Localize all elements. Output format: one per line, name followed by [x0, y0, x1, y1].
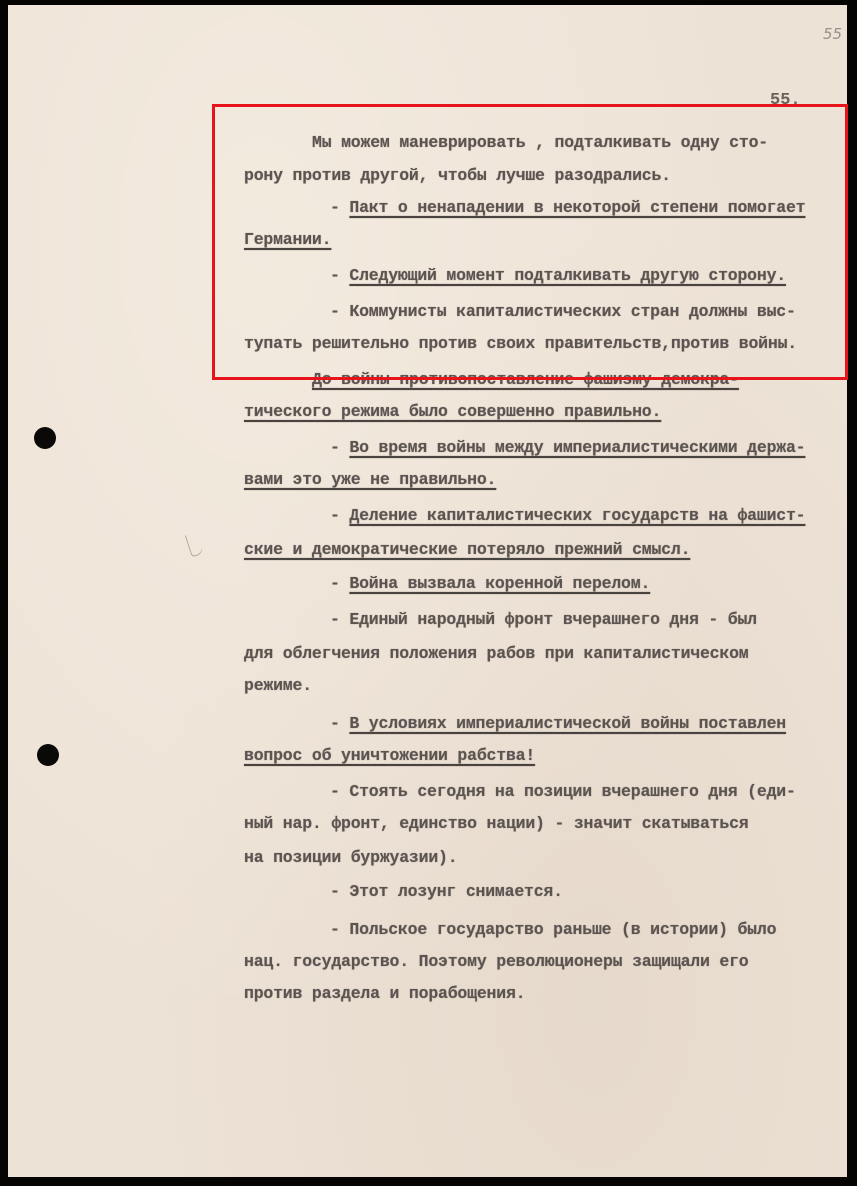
- document-page: 55 55. Мы можем маневрировать , подталки…: [8, 5, 847, 1177]
- text-line: - Следующий момент подталкивать другую с…: [330, 266, 786, 285]
- text-line: ские и демократические потеряло прежний …: [244, 540, 690, 559]
- text-line: - Стоять сегодня на позиции вчерашнего д…: [330, 782, 796, 801]
- text-line: - Польское государство раньше (в истории…: [330, 920, 776, 939]
- text-line: Германии.: [244, 230, 331, 249]
- text-line: режиме.: [244, 676, 312, 695]
- text-line: - Этот лозунг снимается.: [330, 882, 563, 901]
- text-line: для облегчения положения рабов при капит…: [244, 644, 748, 663]
- text-line: на позиции буржуазии).: [244, 848, 457, 867]
- text-line: - Пакт о ненападении в некоторой степени…: [330, 198, 805, 217]
- text-line: - Единый народный фронт вчерашнего дня -…: [330, 610, 757, 629]
- text-line: - Война вызвала коренной перелом.: [330, 574, 650, 593]
- pencil-check-mark-icon: [185, 532, 204, 558]
- text-line: вами это уже не правильно.: [244, 470, 496, 489]
- text-line: Мы можем маневрировать , подталкивать од…: [312, 133, 768, 152]
- text-line: - Коммунисты капиталистических стран дол…: [330, 302, 796, 321]
- text-line: ный нар. фронт, единство нации) - значит…: [244, 814, 748, 833]
- page-number: 55.: [770, 91, 801, 110]
- text-line: против раздела и порабощения.: [244, 984, 525, 1003]
- text-line: - В условиях империалистической войны по…: [330, 714, 786, 733]
- text-line: рону против другой, чтобы лучше разодрал…: [244, 166, 671, 185]
- text-line: нац. государство. Поэтому революционеры …: [244, 952, 748, 971]
- text-line: тического режима было совершенно правиль…: [244, 402, 661, 421]
- text-line: - Деление капиталистических государств н…: [330, 506, 805, 525]
- text-line: - Во время войны между империалистически…: [330, 438, 805, 457]
- text-line: вопрос об уничтожении рабства!: [244, 746, 535, 765]
- punch-hole-icon: [37, 744, 59, 766]
- punch-hole-icon: [34, 427, 56, 449]
- text-line: тупать решительно против своих правитель…: [244, 334, 797, 353]
- text-line: До войны противопоставление фашизму демо…: [312, 370, 739, 389]
- archival-page-annotation: 55: [823, 25, 842, 43]
